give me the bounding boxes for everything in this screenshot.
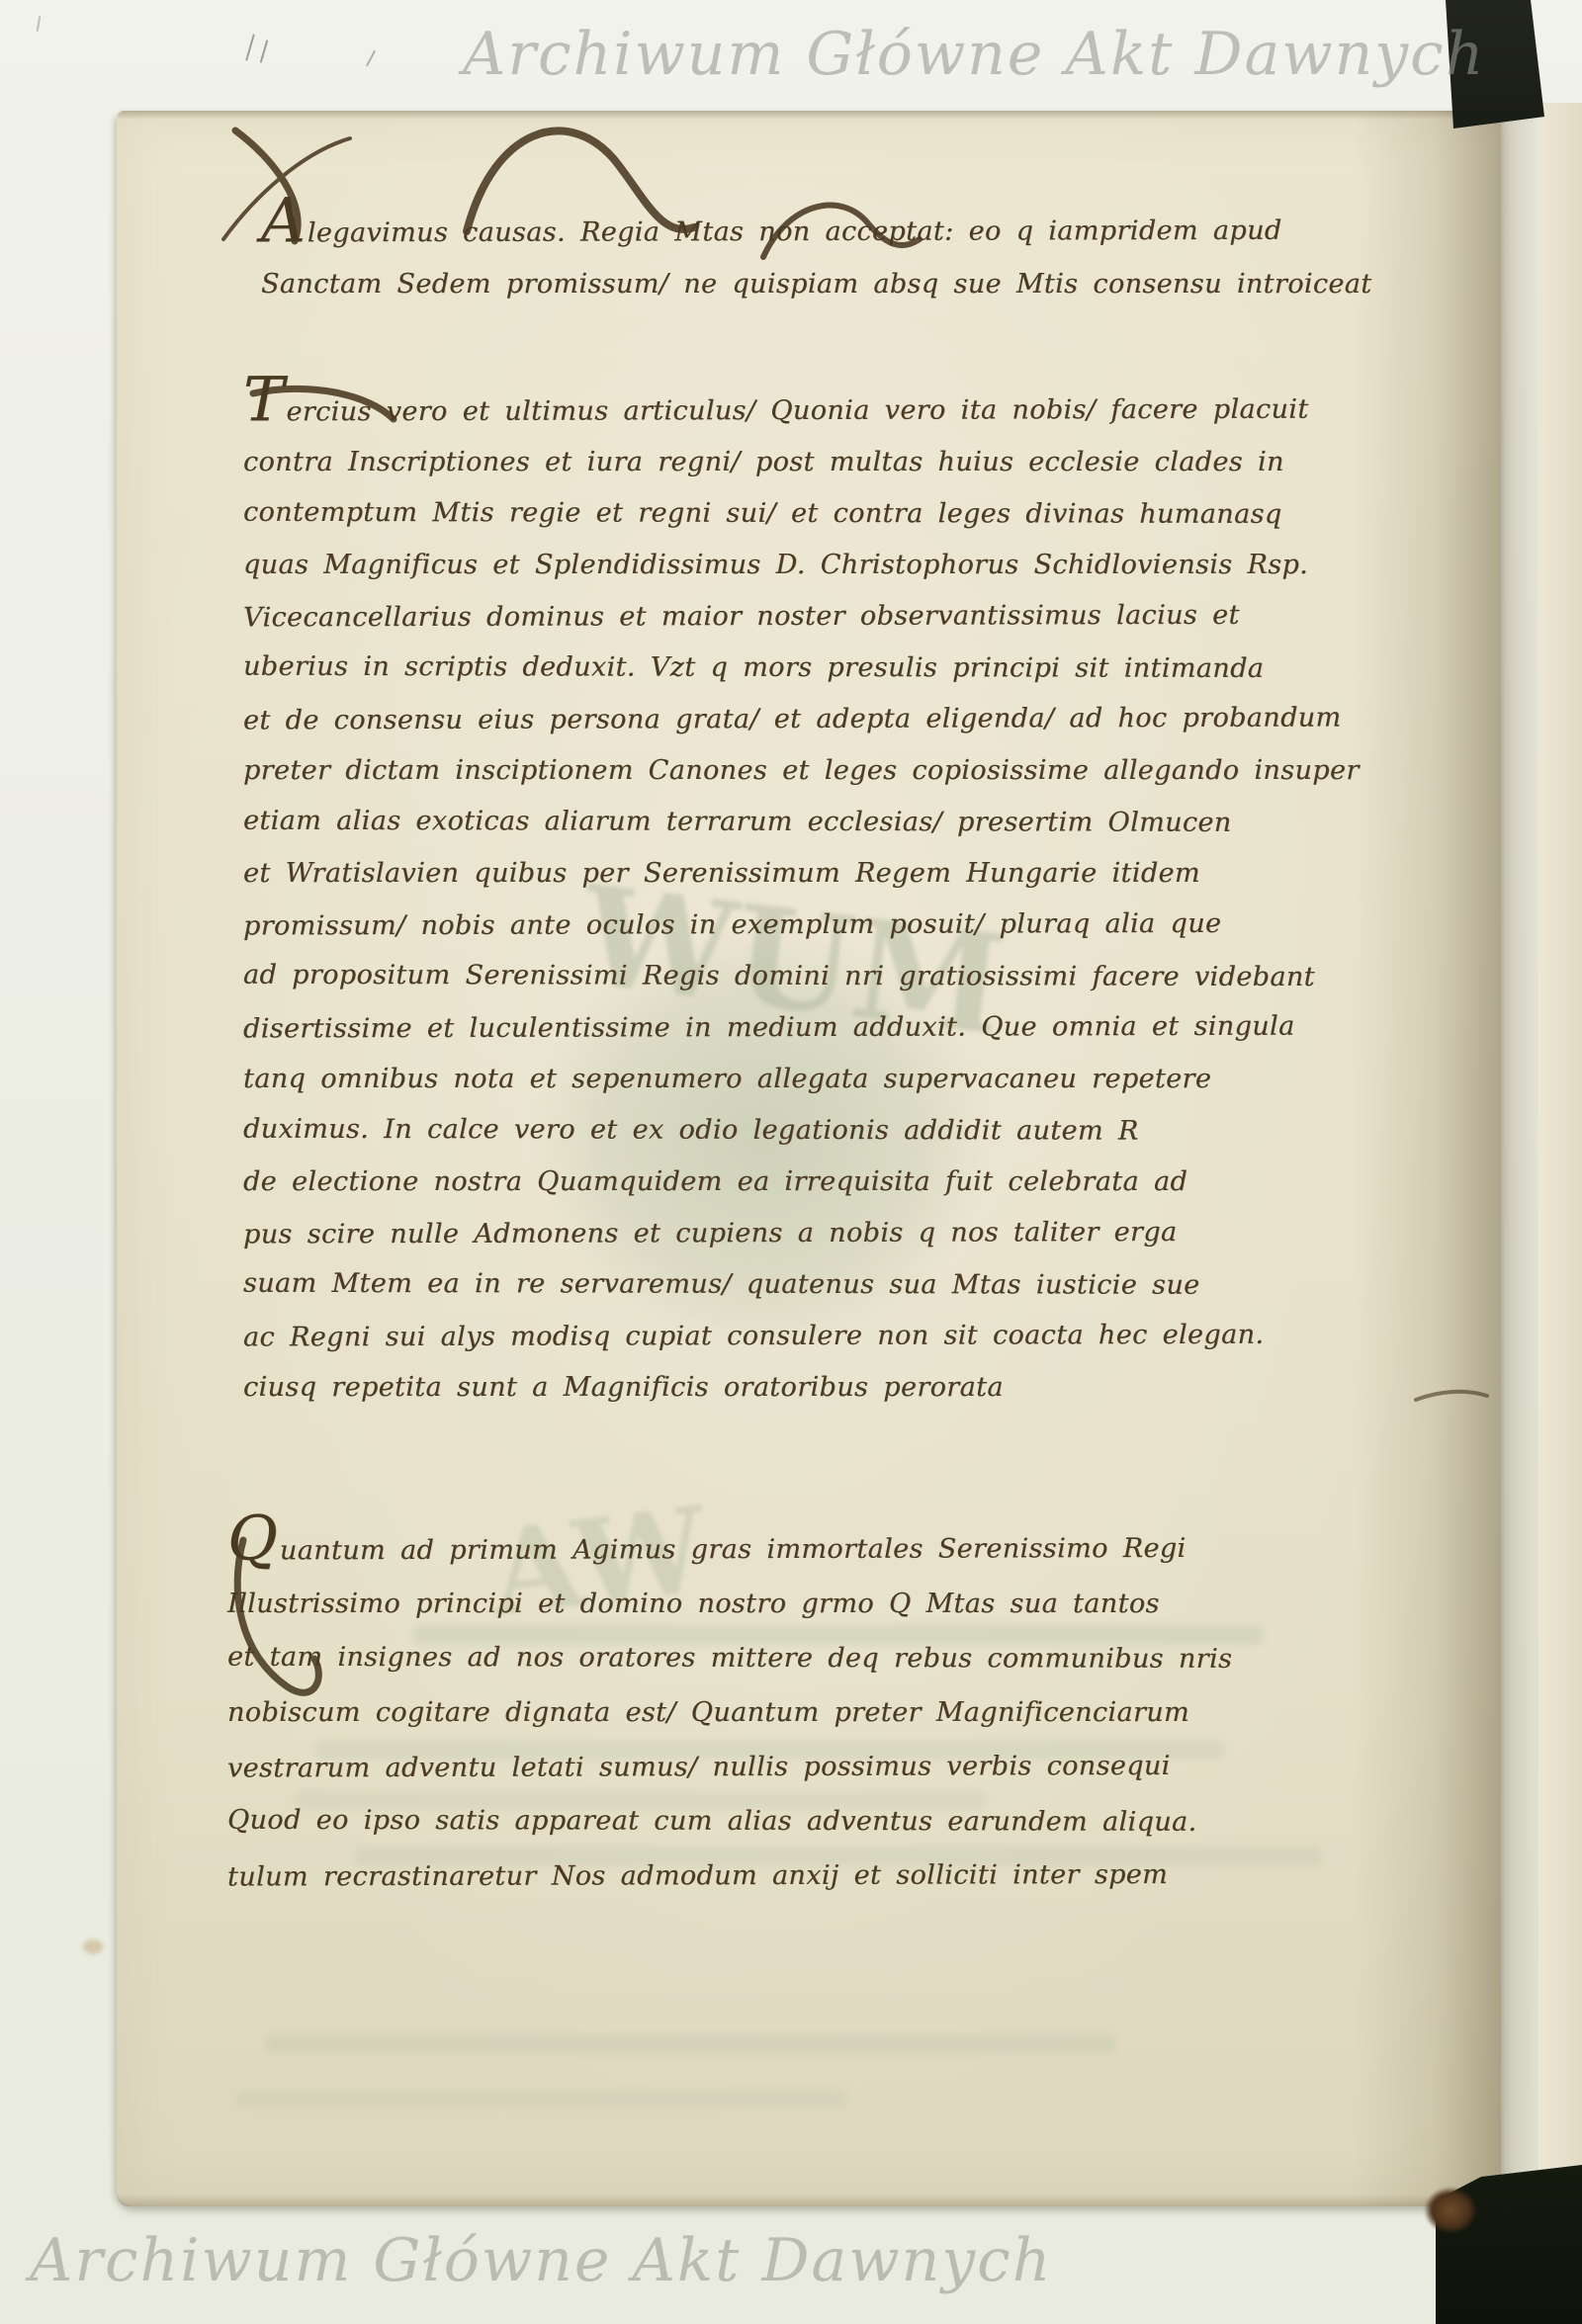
- manuscript-line: Quod eo ipso satis appareat cum alias ad…: [227, 1793, 1364, 1850]
- manuscript-line: promissum/ nobis ante oculos in exemplum…: [243, 898, 1380, 952]
- archive-scan: WUM AW Alegavimus causas. Regia Mtas non…: [0, 0, 1582, 2324]
- manuscript-page: WUM AW Alegavimus causas. Regia Mtas non…: [117, 111, 1501, 2206]
- manuscript-line: pus scire nulle Admonens et cupiens a no…: [243, 1206, 1380, 1260]
- fox-spot: [83, 1939, 103, 1954]
- manuscript-line: ac Regni sui alys modisq cupiat consuler…: [243, 1309, 1380, 1363]
- manuscript-line: Tercius vero et ultimus articulus/ Quoni…: [243, 384, 1380, 438]
- archive-watermark-top: Archiwum Główne Akt Dawnych: [463, 20, 1485, 89]
- pencil-mark: [245, 34, 255, 60]
- pencil-mark: [366, 50, 376, 67]
- pencil-mark: [37, 16, 42, 32]
- paragraph-opening: Alegavimus causas. Regia Mtas non accept…: [261, 206, 1398, 310]
- page-gutter-fold: [1353, 111, 1501, 2206]
- manuscript-line: vestrarum adventu letati sumus/ nullis p…: [227, 1738, 1364, 1795]
- manuscript-line: Sanctam Sedem promissum/ ne quispiam abs…: [261, 258, 1398, 310]
- manuscript-line: contra Inscriptiones et iura regni/ post…: [243, 437, 1380, 488]
- manuscript-line: Alegavimus causas. Regia Mtas non accept…: [261, 204, 1398, 259]
- manuscript-line: et tam insignes ad nos oratores mittere …: [227, 1630, 1364, 1686]
- manuscript-line: Vicecancellarius dominus et maior noster…: [243, 589, 1380, 644]
- manuscript-line: nobiscum cogitare dignata est/ Quantum p…: [227, 1685, 1364, 1740]
- ink-bleed-bar: [235, 2090, 848, 2108]
- paragraph-main: Tercius vero et ultimus articulus/ Quoni…: [243, 386, 1380, 1414]
- manuscript-line: etiam alias exoticas aliarum terrarum ec…: [243, 796, 1380, 849]
- adjacent-folio-edge: [1538, 103, 1582, 2175]
- manuscript-line: uberius in scriptis deduxit. Vzt q mors …: [243, 642, 1380, 695]
- manuscript-line: et Wratislavien quibus per Serenissimum …: [243, 848, 1380, 900]
- manuscript-line: tulum recrastinaretur Nos admodum anxij …: [227, 1847, 1364, 1904]
- manuscript-line: Quantum ad primum Agimus gras immortales…: [227, 1520, 1364, 1578]
- manuscript-line: duximus. In calce vero et ex odio legati…: [243, 1104, 1380, 1158]
- paragraph-closing: Quantum ad primum Agimus gras immortales…: [227, 1522, 1364, 1903]
- manuscript-line: tanq omnibus nota et sepenumero allegata…: [243, 1054, 1380, 1105]
- manuscript-line: ad propositum Serenissimi Regis domini n…: [243, 950, 1380, 1003]
- manuscript-line: et de consensu eius persona grata/ et ad…: [243, 692, 1380, 746]
- manuscript-line: preter dictam insciptionem Canones et le…: [243, 745, 1380, 797]
- manuscript-line: de electione nostra Quamquidem ea irrequ…: [243, 1157, 1380, 1208]
- archive-watermark-bottom: Archiwum Główne Akt Dawnych: [30, 2226, 1052, 2295]
- ink-bleed-bar: [265, 2034, 1115, 2054]
- manuscript-line: Illustrissimo principi et domino nostro …: [227, 1577, 1364, 1631]
- manuscript-line: quas Magnificus et Splendidissimus D. Ch…: [243, 540, 1380, 591]
- manuscript-line: contemptum Mtis regie et regni sui/ et c…: [243, 487, 1380, 541]
- pencil-mark: [260, 40, 269, 63]
- manuscript-line: suam Mtem ea in re servaremus/ quatenus …: [243, 1258, 1380, 1312]
- manuscript-line: disertissime et luculentissime in medium…: [243, 1000, 1380, 1055]
- leather-fragment: [1424, 2187, 1477, 2234]
- manuscript-line: ciusq repetita sunt a Magnificis oratori…: [243, 1362, 1380, 1414]
